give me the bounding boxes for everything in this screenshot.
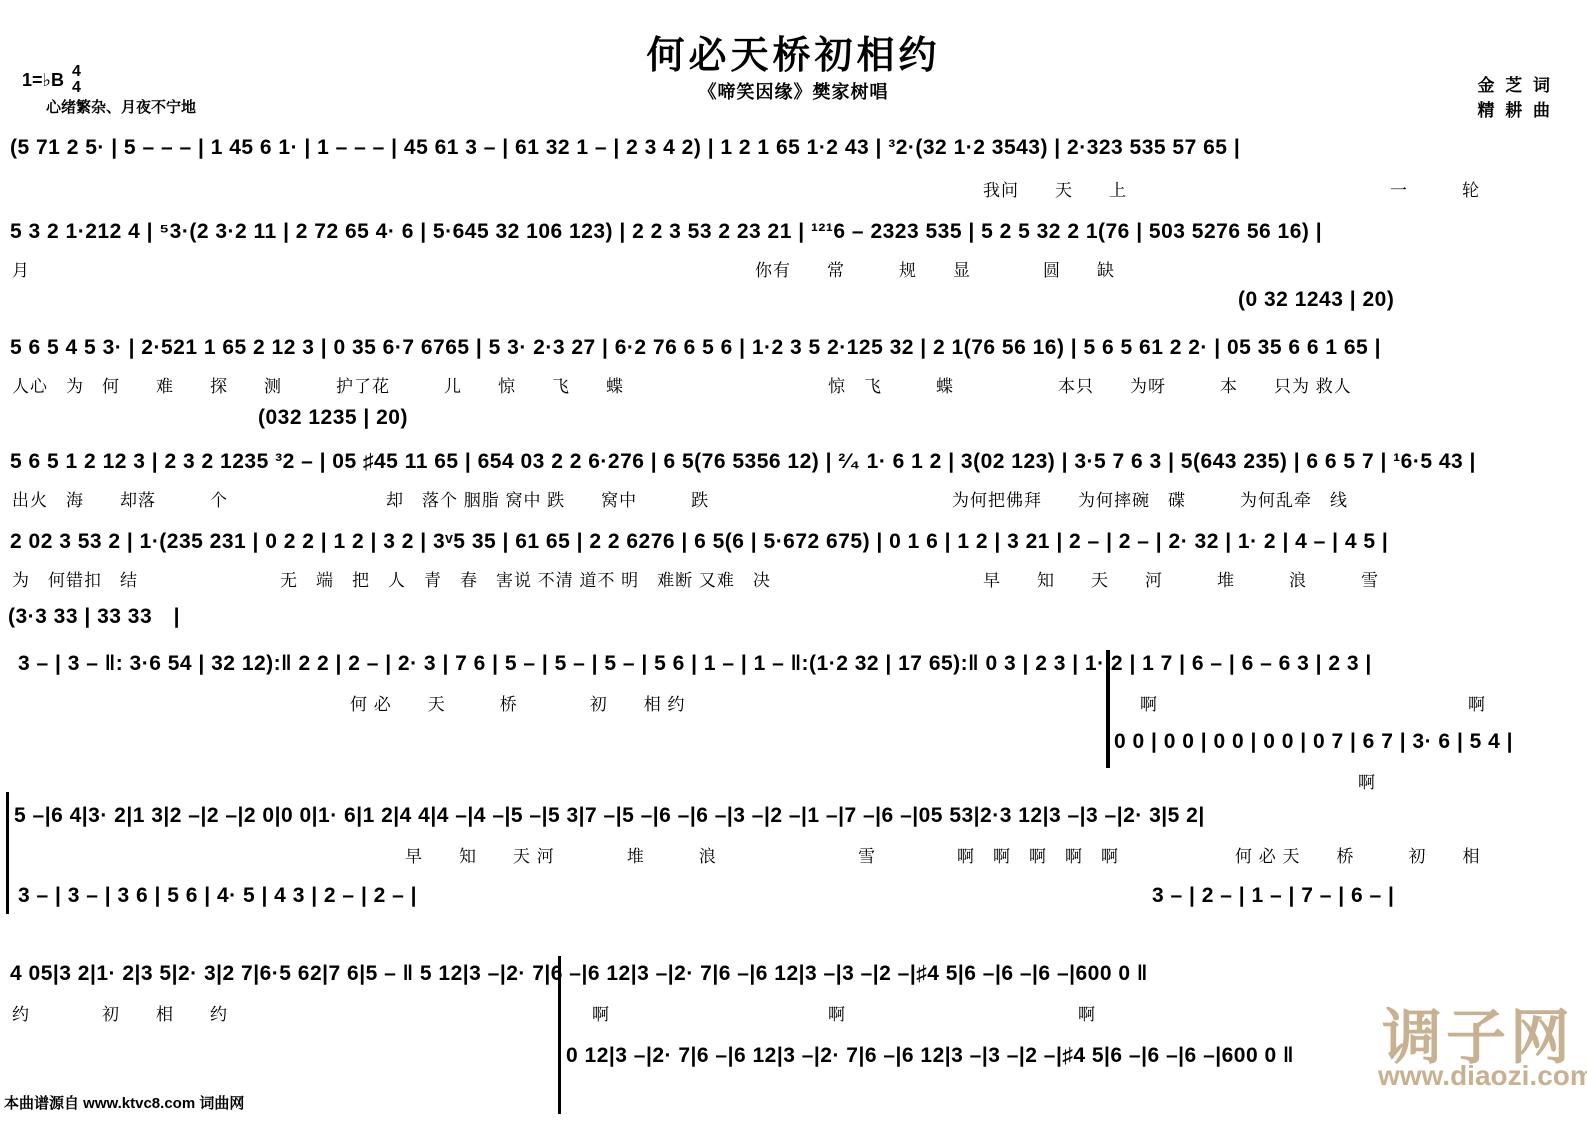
notation-fragment: 5 –|6 4|3· 2|1 3|2 –|2 –|2 0|0 0|1· 6|1 … — [14, 804, 1205, 828]
notation-fragment: 5 6 5 1 2 12 3 | 2 3 2 1235 ³2 – | 05 ♯4… — [10, 450, 1476, 474]
notation-fragment: 4 05|3 2|1· 2|3 5|2· 3|2 7|6·5 62|7 6|5 … — [10, 962, 1148, 986]
credits-block: 金 芝 词 精 耕 曲 — [1478, 74, 1553, 123]
time-signature-denominator: 4 — [72, 80, 81, 96]
system-brace — [558, 956, 561, 1114]
lyrics-fragment: 啊 — [1140, 690, 1158, 715]
system-brace — [6, 792, 9, 914]
notation-fragment: 5 6 5 4 5 3· | 2·521 1 65 2 12 3 | 0 35 … — [10, 336, 1381, 360]
lyrics-fragment: 一 轮 — [1390, 176, 1480, 201]
lyrics-fragment: 为 何错扣 结 — [12, 566, 138, 591]
notation-fragment: 3 – | 3 – ‖: 3·6 54 | 32 12):‖ 2 2 | 2 –… — [18, 652, 1372, 676]
notation-fragment: 2 02 3 53 2 | 1·(235 231 | 0 2 2 | 1 2 |… — [10, 530, 1388, 554]
lyrics-fragment: 啊 啊 啊 啊 啊 — [957, 842, 1119, 867]
lyrics-fragment: 人心 为 何 难 探 测 护了花 儿 惊 飞 蝶 — [12, 372, 624, 397]
lyrics-fragment: 本只 为呀 本 只为 救人 — [1058, 372, 1352, 397]
notation-fragment: 3 – | 2 – | 1 – | 7 – | 6 – | — [1152, 884, 1394, 908]
time-signature: 4 4 — [72, 64, 81, 96]
lyrics-fragment: 月 — [12, 256, 30, 281]
lyrics-fragment: 惊 飞 蝶 — [828, 372, 954, 397]
lyrics-fragment: 约 初 相 约 — [12, 1000, 228, 1025]
notation-fragment: 5 3 2 1·212 4 | ⁵3·(2 3·2 11 | 2 72 65 4… — [10, 220, 1322, 244]
system-barline — [1106, 650, 1110, 768]
key-signature-block: 1=♭B 4 4 — [22, 64, 81, 96]
lyricist-credit: 金 芝 词 — [1478, 74, 1553, 99]
page-title: 何必天桥初相约 — [0, 24, 1587, 79]
notation-fragment: (3·3 33 | 33 33 | — [8, 600, 180, 630]
lyrics-fragment: 啊 — [828, 1000, 846, 1025]
lyrics-fragment: 早 知 天 河 堆 浪 雪 — [983, 566, 1379, 591]
lyrics-fragment: 啊 — [592, 1000, 610, 1025]
lyrics-fragment: 何 必 天 桥 初 相 — [1235, 842, 1480, 867]
source-attribution: 本曲谱源自 www.ktvc8.com 词曲网 — [4, 1092, 244, 1113]
lyrics-fragment: 早 知 天 河 堆 浪 — [405, 842, 717, 867]
watermark-url: www.diaozi.com — [1378, 1060, 1587, 1092]
lyrics-fragment: 你有 常 规 显 圆 缺 — [755, 256, 1115, 281]
lyrics-fragment: 无 端 把 人 青 春 害说 不清 道不 明 难断 又难 决 — [280, 566, 771, 591]
tempo-mood-note: 心绪繁杂、月夜不宁地 — [46, 96, 196, 117]
notation-fragment: (5 71 2 5· | 5 – – – | 1 45 6 1· | 1 – –… — [10, 136, 1240, 160]
time-signature-numerator: 4 — [72, 64, 81, 80]
notation-fragment: 0 0 | 0 0 | 0 0 | 0 0 | 0 7 | 6 7 | 3· 6… — [1114, 730, 1513, 754]
notation-fragment: (0 32 1243 | 20) — [1238, 288, 1394, 312]
lyrics-fragment: 出火 海 却落 个 — [12, 486, 228, 511]
lyrics-fragment: 何 必 天 桥 初 相 约 — [350, 690, 685, 715]
key-signature: 1=♭B — [22, 70, 64, 91]
lyrics-fragment: 我问 天 上 — [983, 176, 1127, 201]
notation-fragment: (032 1235 | 20) — [258, 406, 408, 430]
notation-fragment: 3 – | 3 – | 3 6 | 5 6 | 4· 5 | 4 3 | 2 –… — [18, 884, 417, 908]
lyrics-fragment: 雪 — [858, 842, 876, 867]
lyrics-fragment: 啊 — [1358, 768, 1376, 793]
lyrics-fragment: 啊 — [1078, 1000, 1096, 1025]
composer-credit: 精 耕 曲 — [1478, 99, 1553, 124]
song-subtitle: 《啼笑因缘》樊家树唱 — [0, 78, 1587, 104]
lyrics-fragment: 为何把佛拜 为何摔碗 碟 为何乱牵 线 — [952, 486, 1348, 511]
lyrics-fragment: 却 落个 胭脂 窝中 跌 窝中 跌 — [386, 486, 709, 511]
notation-fragment: 0 12|3 –|2· 7|6 –|6 12|3 –|2· 7|6 –|6 12… — [566, 1044, 1294, 1068]
lyrics-fragment: 啊 — [1468, 690, 1486, 715]
